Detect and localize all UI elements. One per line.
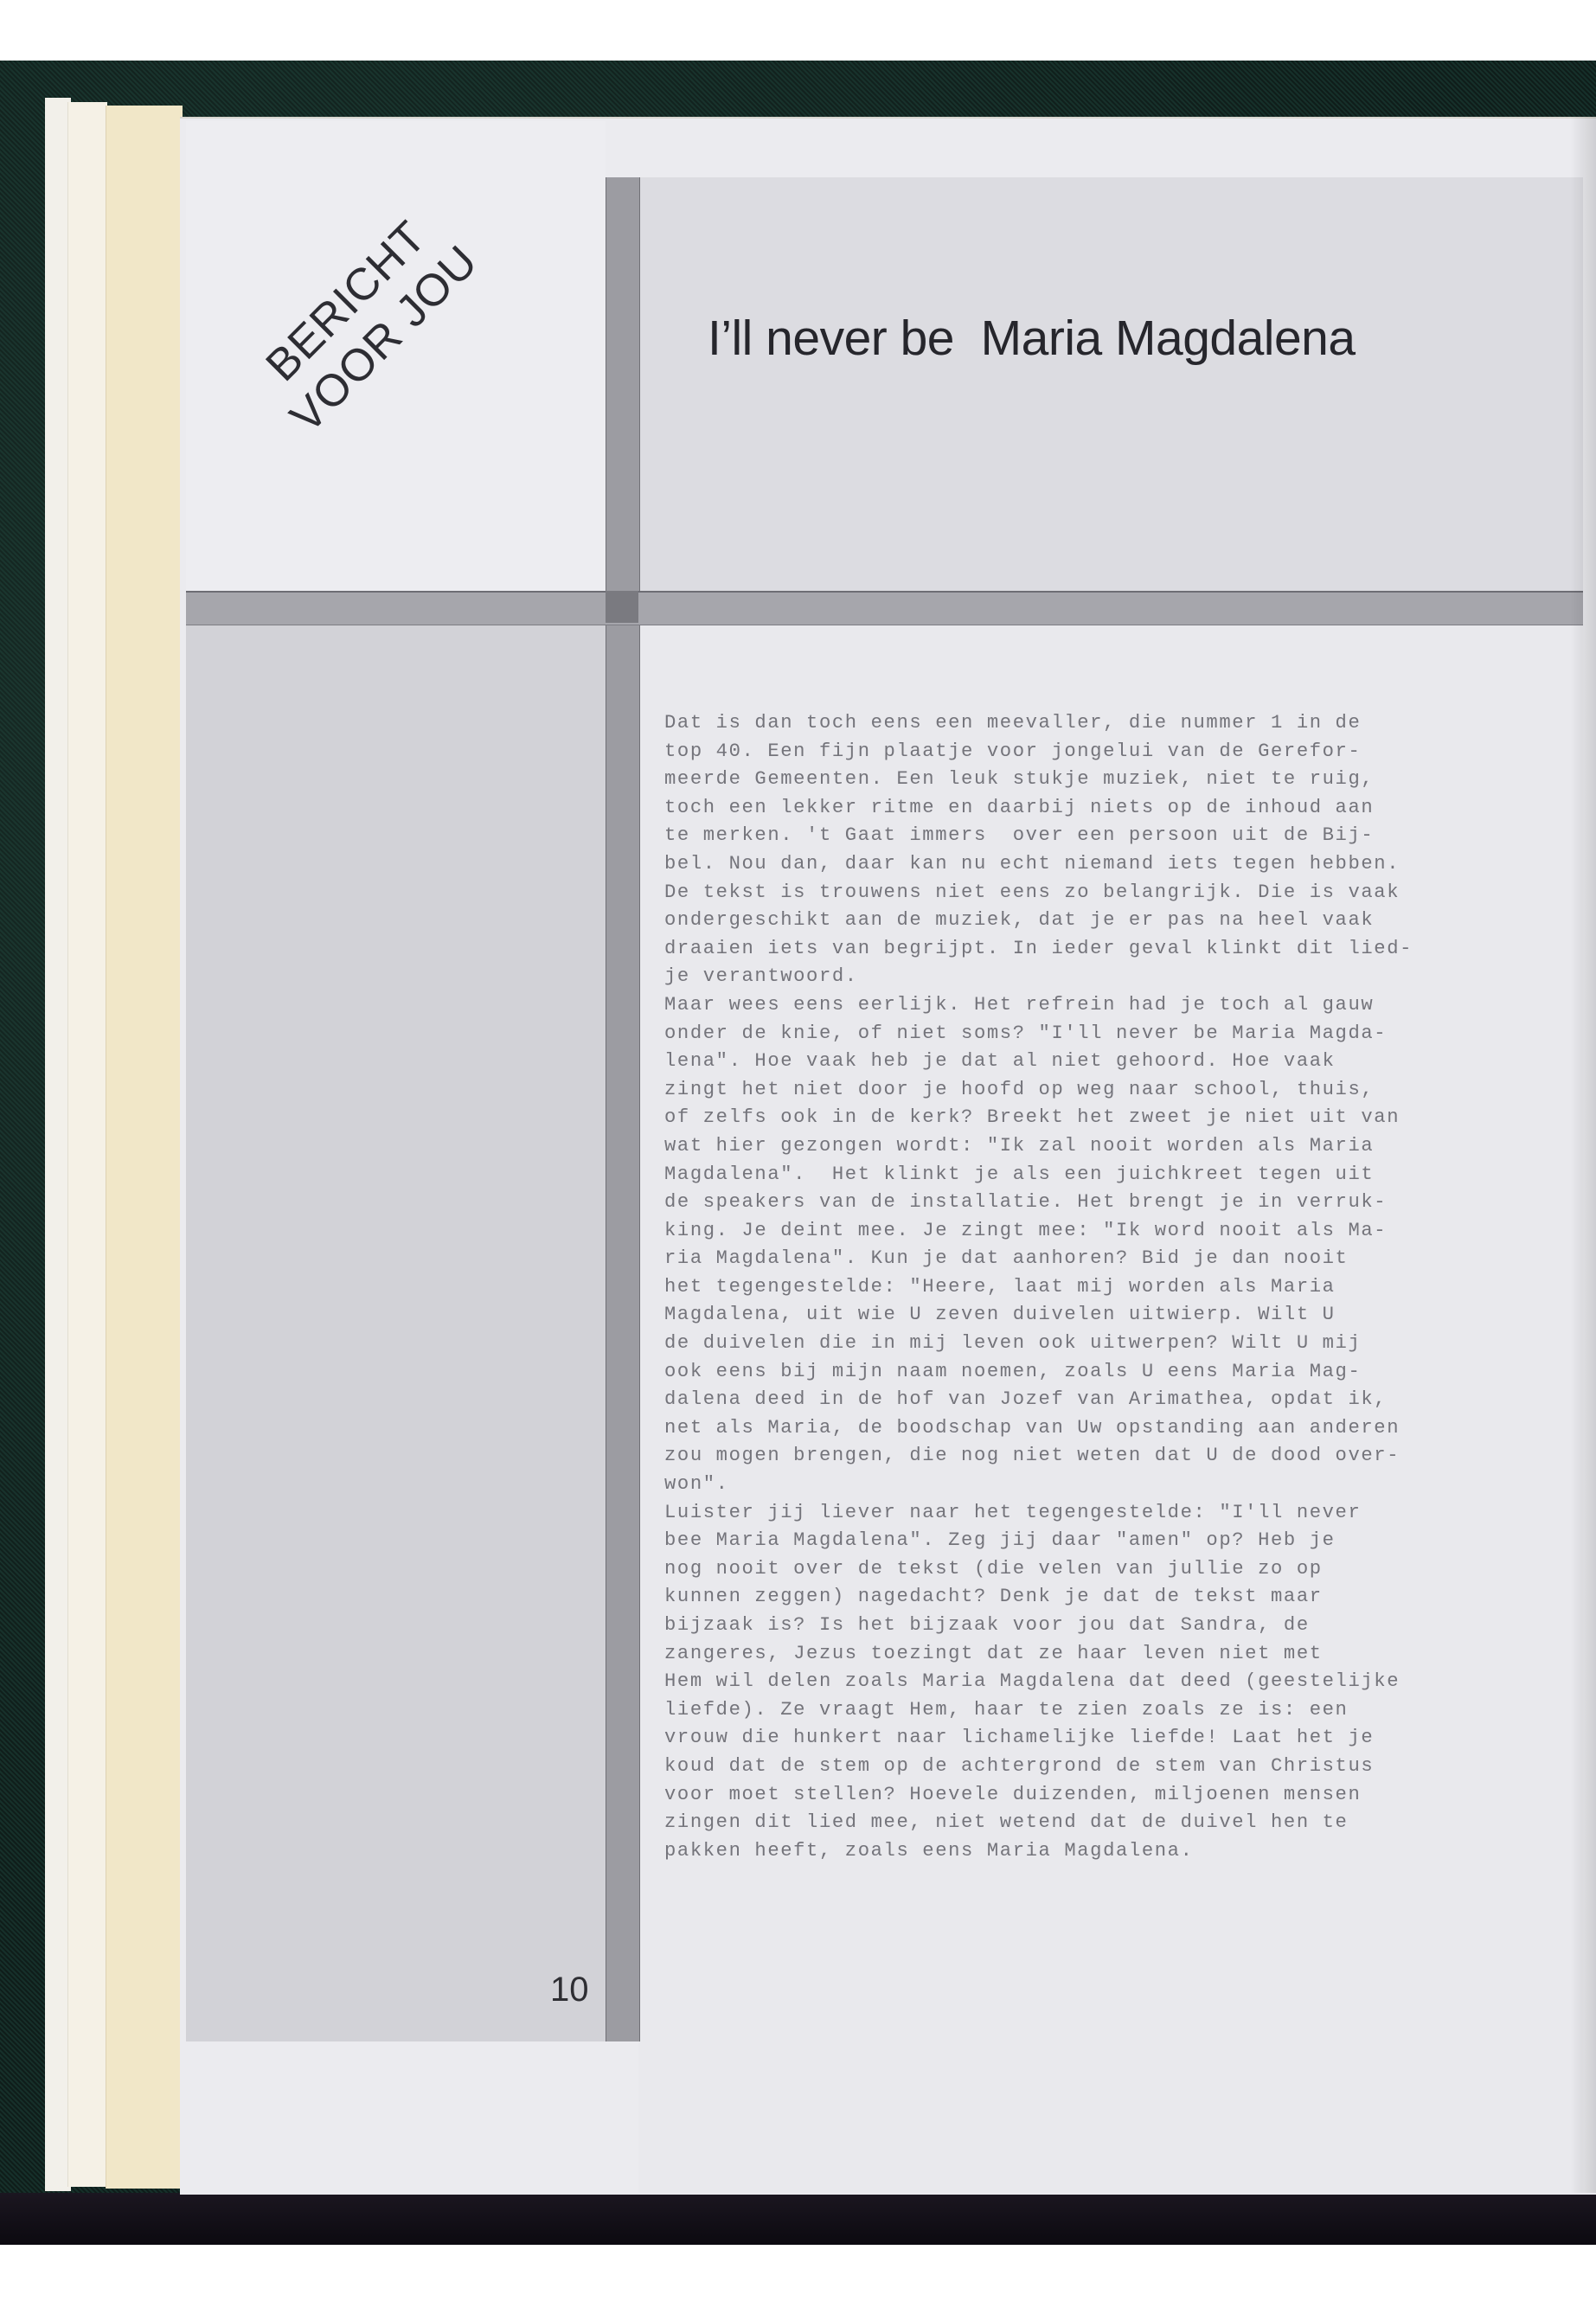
article-body-line: onder de knie, of niet soms? "I'll never…: [664, 1020, 1547, 1048]
article-body: Dat is dan toch eens een meevaller, die …: [664, 709, 1547, 1865]
article-body-line: je verantwoord.: [664, 963, 1547, 991]
cream-page-edge: [106, 106, 183, 2189]
article-body-line: Magdalena, uit wie U zeven duivelen uitw…: [664, 1301, 1547, 1330]
article-body-line: ook eens bij mijn naam noemen, zoals U e…: [664, 1358, 1547, 1387]
book-cover-bottom-edge: [0, 2193, 1596, 2245]
article-body-line: king. Je deint mee. Je zingt mee: "Ik wo…: [664, 1217, 1547, 1246]
article-body-line: Maar wees eens eerlijk. Het refrein had …: [664, 991, 1547, 1020]
article-body-line: Hem wil delen zoals Maria Magdalena dat …: [664, 1668, 1547, 1696]
article-body-line: nog nooit over de tekst (die velen van j…: [664, 1555, 1547, 1584]
article-body-line: wat hier gezongen wordt: "Ik zal nooit w…: [664, 1132, 1547, 1161]
article-body-line: zingen dit lied mee, niet wetend dat de …: [664, 1809, 1547, 1837]
article-body-line: vrouw die hunkert naar lichamelijke lief…: [664, 1724, 1547, 1753]
article-body-line: won".: [664, 1471, 1547, 1499]
article-body-line: ondergeschikt aan de muziek, dat je er p…: [664, 907, 1547, 935]
article-body-line: zou mogen brengen, die nog niet weten da…: [664, 1442, 1547, 1471]
article-title: I’ll never be Maria Magdalena: [708, 310, 1356, 367]
article-body-line: het tegengestelde: "Heere, laat mij word…: [664, 1273, 1547, 1302]
title-panel: [638, 177, 1583, 591]
page-stack-edge: [67, 102, 107, 2187]
article-body-line: net als Maria, de boodschap van Uw opsta…: [664, 1414, 1547, 1443]
article-body-line: te merken. 't Gaat immers over een perso…: [664, 822, 1547, 850]
article-body-line: bel. Nou dan, daar kan nu echt niemand i…: [664, 850, 1547, 879]
vertical-divider-bar: [606, 177, 640, 2041]
article-body-line: of zelfs ook in de kerk? Breekt het zwee…: [664, 1104, 1547, 1132]
article-body-line: bijzaak is? Is het bijzaak voor jou dat …: [664, 1612, 1547, 1640]
article-body-line: lena". Hoe vaak heb je dat al niet gehoo…: [664, 1048, 1547, 1076]
article-body-line: draaien iets van begrijpt. In ieder geva…: [664, 935, 1547, 964]
article-body-line: kunnen zeggen) nagedacht? Denk je dat de…: [664, 1583, 1547, 1612]
article-body-line: Luister jij liever naar het tegengesteld…: [664, 1499, 1547, 1528]
article-body-line: meerde Gemeenten. Een leuk stukje muziek…: [664, 766, 1547, 794]
horizontal-divider-bar: [186, 591, 1583, 625]
article-body-line: de duivelen die in mij leven ook uitwerp…: [664, 1330, 1547, 1358]
article-body-line: toch een lekker ritme en daarbij niets o…: [664, 794, 1547, 823]
article-body-line: pakken heeft, zoals eens Maria Magdalena…: [664, 1837, 1547, 1866]
article-body-line: bee Maria Magdalena". Zeg jij daar "amen…: [664, 1527, 1547, 1555]
page-number: 10: [550, 1971, 589, 2009]
article-body-line: Magdalena". Het klinkt je als een juichk…: [664, 1161, 1547, 1189]
article-body-line: top 40. Een fijn plaatje voor jongelui v…: [664, 738, 1547, 766]
left-gray-column: [186, 623, 606, 2041]
article-body-line: zingt het niet door je hoofd op weg naar…: [664, 1076, 1547, 1105]
article-body-line: koud dat de stem op de achtergrond de st…: [664, 1753, 1547, 1781]
article-body-line: dalena deed in de hof van Jozef van Arim…: [664, 1386, 1547, 1414]
article-body-line: voor moet stellen? Hoevele duizenden, mi…: [664, 1781, 1547, 1810]
article-body-line: zangeres, Jezus toezingt dat ze haar lev…: [664, 1640, 1547, 1669]
article-body-line: De tekst is trouwens niet eens zo belang…: [664, 879, 1547, 907]
article-body-line: ria Magdalena". Kun je dat aanhoren? Bid…: [664, 1245, 1547, 1273]
divider-intersection: [606, 591, 638, 623]
article-body-line: Dat is dan toch eens een meevaller, die …: [664, 709, 1547, 738]
page-gutter-shadow: [1570, 117, 1596, 2193]
article-body-line: liefde). Ze vraagt Hem, haar te zien zoa…: [664, 1696, 1547, 1725]
article-body-line: de speakers van de installatie. Het bren…: [664, 1189, 1547, 1217]
